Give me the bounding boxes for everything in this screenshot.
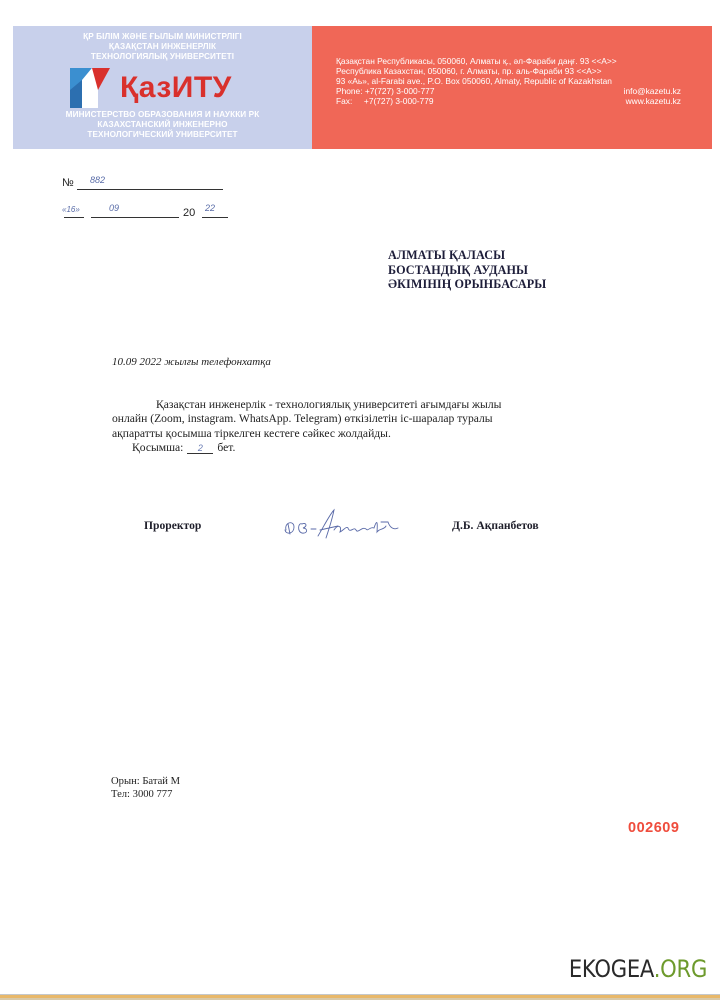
annex-pages: 2 [187, 443, 213, 454]
address-kz: Қазақстан Республикасы, 050060, Алматы қ… [336, 56, 681, 66]
phone-number: Phone: +7(727) 3-000-777 [336, 86, 434, 96]
contact-row-fax: Fax: +7(727) 3-000-779 www.kazetu.kz [336, 96, 681, 106]
address-ru: Республика Казахстан, 050060, г. Алматы,… [336, 66, 681, 76]
letter-body: Қазақстан инженерлік - технологиялық уни… [112, 398, 562, 441]
annex-line: Қосымша:2бет. [132, 441, 235, 454]
signatory-name: Д.Б. Ақпанбетов [452, 519, 539, 532]
annex-label: Қосымша: [132, 441, 183, 454]
watermark-main: EKOGEA [569, 955, 654, 983]
body-line-2: онлайн (Zoom, instagram. WhatsApp. Teleg… [112, 412, 562, 426]
bottom-border [0, 994, 720, 1000]
body-line-1: Қазақстан инженерлік - технологиялық уни… [112, 398, 562, 412]
university-logo: ҚазИТУ [70, 68, 250, 108]
date-year: 22 [205, 203, 215, 213]
annex-suffix: бет. [217, 441, 235, 454]
date-day: «16» [62, 205, 80, 214]
contact-row-phone: Phone: +7(727) 3-000-777 info@kazetu.kz [336, 86, 681, 96]
addressee-line-3: ӘКІМІНІҢ ОРЫНБАСАРЫ [388, 277, 546, 292]
ministry-ru-line-2: КАЗАХСТАНСКИЙ ИНЖЕНЕРНО [13, 120, 312, 130]
executor-phone: Тел: 3000 777 [111, 789, 180, 802]
ministry-ru-line-1: МИНИСТЕРСТВО ОБРАЗОВАНИЯ И НАУККИ РК [13, 110, 312, 120]
ministry-kz-line-2: ҚАЗАҚСТАН ИНЖЕНЕРЛІК [13, 42, 312, 52]
email-address: info@kazetu.kz [624, 86, 681, 96]
addressee-line-1: АЛМАТЫ ҚАЛАСЫ [388, 248, 546, 263]
ministry-ru-line-3: ТЕХНОЛОГИЧЕСКИЙ УНИВЕРСИТЕТ [13, 130, 312, 140]
logo-mark-icon [70, 68, 122, 108]
reg-number-value: 882 [90, 175, 105, 185]
addressee-line-2: БОСТАНДЫҚ АУДАНЫ [388, 263, 546, 278]
addressee-block: АЛМАТЫ ҚАЛАСЫ БОСТАНДЫҚ АУДАНЫ ӘКІМІНІҢ … [388, 248, 546, 292]
handwritten-signature-icon [280, 508, 415, 544]
website: www.kazetu.kz [626, 96, 681, 106]
ministry-kz-line-3: ТЕХНОЛОГИЯЛЫҚ УНИВЕРСИТЕТІ [13, 52, 312, 62]
executor-name: Орын: Батай М [111, 776, 180, 789]
fax-number: Fax: +7(727) 3-000-779 [336, 96, 434, 106]
letterhead-right-panel: Қазақстан Республикасы, 050060, Алматы қ… [312, 26, 712, 149]
body-line-3: ақпаратты қосымша тіркелген кестеге сәйк… [112, 427, 562, 441]
site-watermark: EKOGEA.ORG [569, 955, 707, 983]
reg-number-label: № [62, 177, 74, 189]
logo-text: ҚазИТУ [120, 71, 232, 105]
executor-info: Орын: Батай М Тел: 3000 777 [111, 776, 180, 801]
signatory-title: Проректор [144, 519, 201, 532]
ministry-kz-line-1: ҚР БІЛІМ ЖӘНЕ ҒЫЛЫМ МИНИСТРЛІГІ [13, 32, 312, 42]
document-serial-number: 002609 [628, 820, 679, 836]
date-year-prefix: 20 [183, 207, 195, 219]
letterhead-left-panel: ҚР БІЛІМ ЖӘНЕ ҒЫЛЫМ МИНИСТРЛІГІ ҚАЗАҚСТА… [13, 26, 312, 149]
watermark-suffix: .ORG [654, 955, 707, 983]
reference-line: 10.09 2022 жылғы телефонхатқа [112, 356, 271, 368]
date-month-field [91, 206, 179, 218]
address-en: 93 «Аь», al-Farabi ave., P.O. Box 050060… [336, 76, 681, 86]
date-month: 09 [109, 203, 119, 213]
